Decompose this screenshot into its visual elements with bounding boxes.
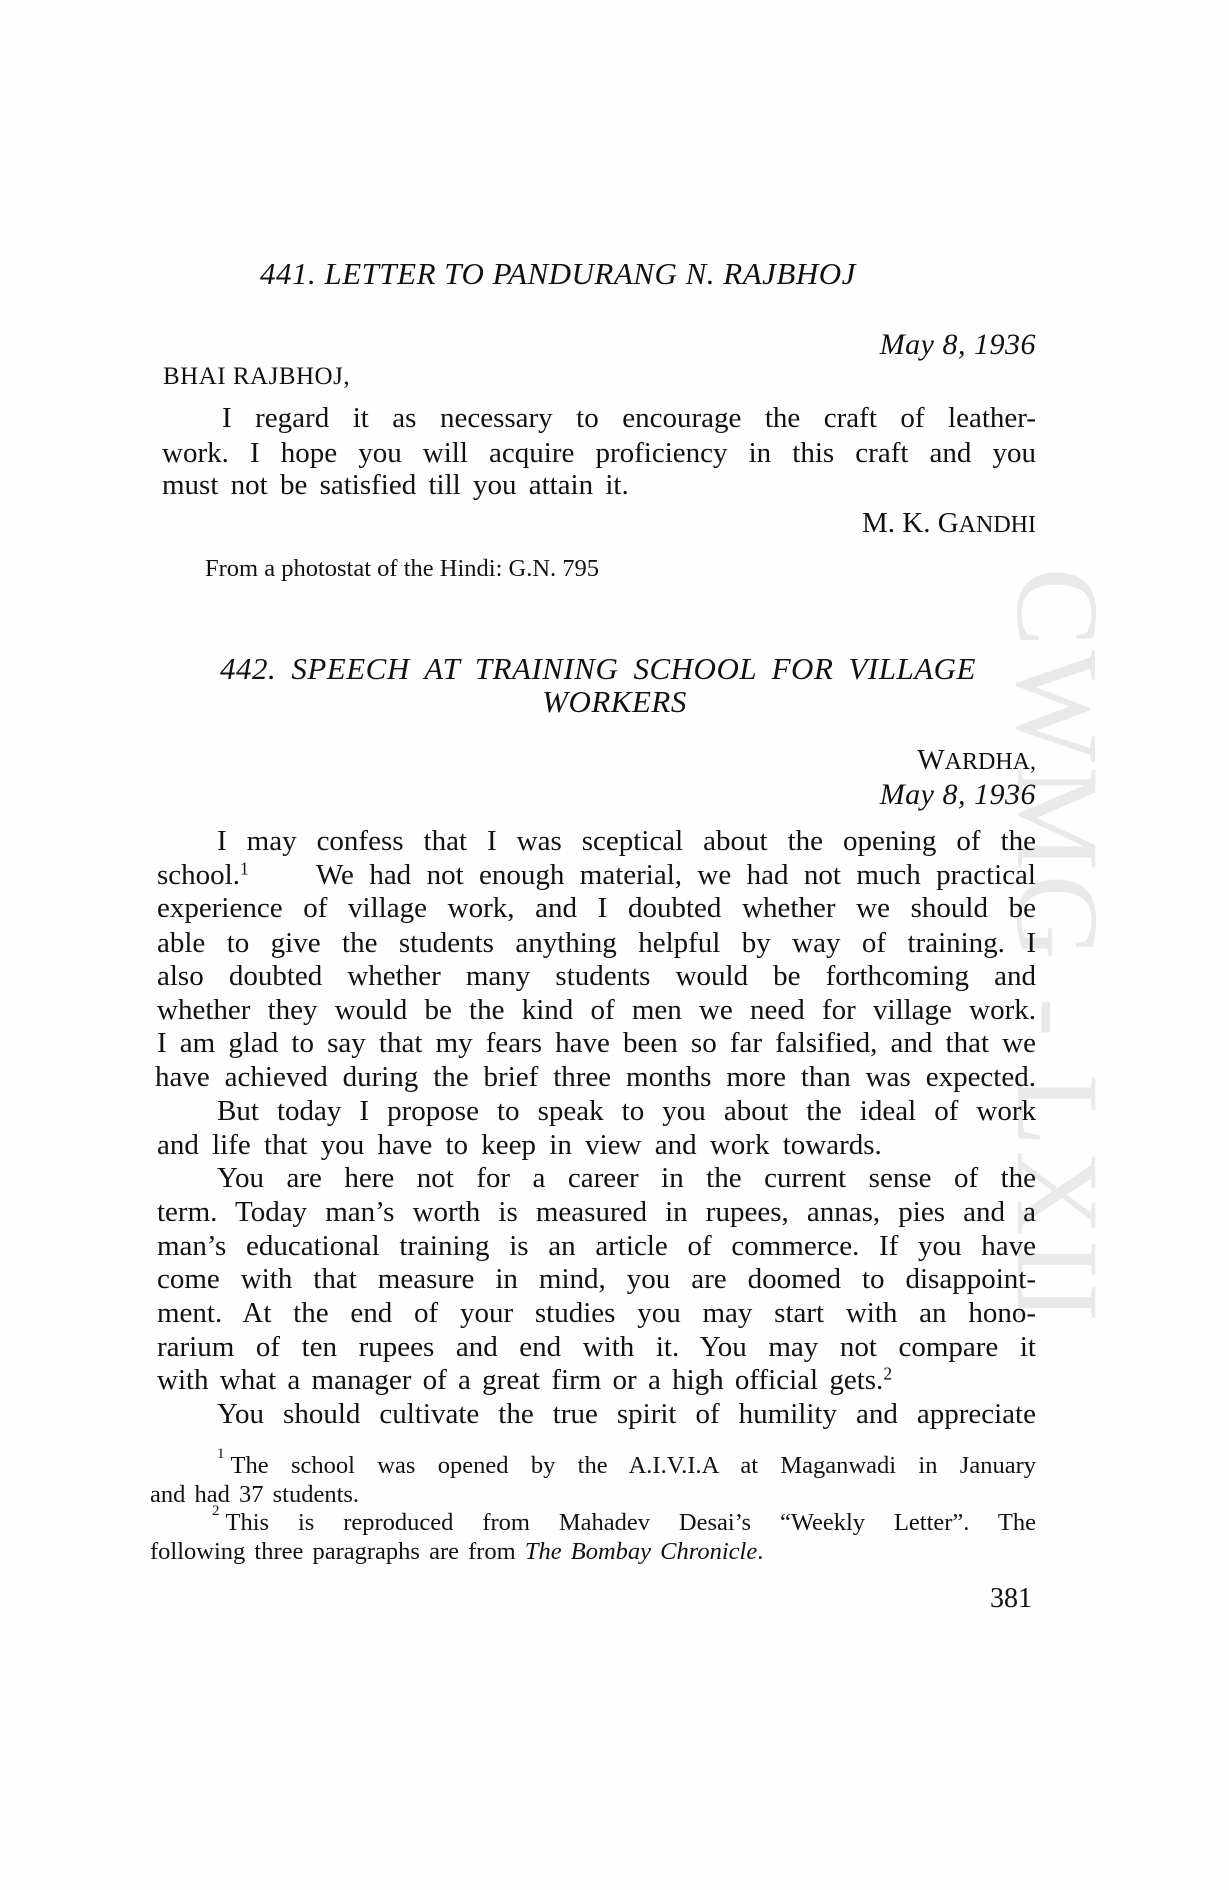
speech-line: experience of village work, and I doubte… xyxy=(157,894,1036,923)
place-rest: ARDHA, xyxy=(945,749,1036,775)
speech-line: able to give the students anything helpf… xyxy=(157,929,1036,958)
footnote-2: 2 This is reproduced from Mahadev Desai’… xyxy=(212,1511,1036,1536)
speech-line: ment. At the end of your studies you may… xyxy=(157,1299,1036,1328)
page-number: 381 xyxy=(900,1585,1032,1613)
speech-line: with what a manager of a great firm or a… xyxy=(157,1366,892,1395)
speech-line: term. Today man’s worth is measured in r… xyxy=(157,1198,1036,1227)
signature-initials: M. K. xyxy=(862,507,938,539)
footnote-1-text: The school was opened by the A.I.V.I.A a… xyxy=(231,1454,1037,1479)
speech-date: May 8, 1936 xyxy=(700,780,1036,810)
speech-line: school.1 We had not enough material, we … xyxy=(157,861,1036,890)
speech-line: I am glad to say that my fears have been… xyxy=(157,1029,1036,1058)
footnote-2-text: This is reproduced from Mahadev Desai’s … xyxy=(226,1511,1037,1536)
letter-heading: 441. LETTER TO PANDURANG N. RAJBHOJ xyxy=(260,258,856,289)
footnote-1-mark: 1 xyxy=(217,1454,225,1479)
letter-line: must not be satisfied till you attain it… xyxy=(162,471,629,500)
salutation: BHAI RAJBHOJ, xyxy=(163,364,350,389)
speech-place: WARDHA, xyxy=(700,746,1036,775)
speech-text: school. xyxy=(157,859,240,891)
letter-line: work. I hope you will acquire proficienc… xyxy=(162,439,1036,468)
publication-title: The Bombay Chronicle xyxy=(525,1538,757,1565)
footnote-1: 1 The school was opened by the A.I.V.I.A… xyxy=(217,1454,1036,1479)
speech-line: But today I propose to speak to you abou… xyxy=(217,1097,1036,1126)
signature: M. K. GANDHI xyxy=(700,509,1036,538)
speech-text: with what a manager of a great firm or a… xyxy=(157,1364,883,1396)
footnote-1-cont: and had 37 students. xyxy=(150,1483,359,1508)
speech-line: whether they would be the kind of men we… xyxy=(157,996,1036,1025)
speech-line: You are here not for a career in the cur… xyxy=(217,1164,1036,1193)
footnote-2-prefix: following three paragraphs are from xyxy=(150,1538,525,1565)
speech-text: We had not enough material, we had not m… xyxy=(316,861,1036,890)
speech-line: man’s educational training is an article… xyxy=(157,1232,1036,1261)
footnote-ref-1[interactable]: 1 xyxy=(240,858,249,878)
speech-heading-line1: 442. SPEECH AT TRAINING SCHOOL FOR VILLA… xyxy=(220,653,976,684)
speech-line: come with that measure in mind, you are … xyxy=(157,1265,1036,1294)
letter-line: I regard it as necessary to encourage th… xyxy=(222,404,1036,433)
speech-heading-line2: WORKERS xyxy=(0,686,1229,717)
signature-name-first: G xyxy=(938,507,959,539)
footnote-2-mark: 2 xyxy=(212,1511,220,1536)
speech-line: You should cultivate the true spirit of … xyxy=(217,1400,1036,1429)
document-page: CWMG - LXII 441. LETTER TO PANDURANG N. … xyxy=(0,0,1229,1890)
footnote-2-cont: following three paragraphs are from The … xyxy=(150,1540,763,1565)
speech-line: rarium of ten rupees and end with it. Yo… xyxy=(157,1333,1036,1362)
footnote-ref-2[interactable]: 2 xyxy=(883,1363,892,1383)
speech-line: and life that you have to keep in view a… xyxy=(157,1131,882,1160)
footnote-2-suffix: . xyxy=(757,1538,763,1565)
speech-line: I may confess that I was sceptical about… xyxy=(217,827,1036,856)
source-note: From a photostat of the Hindi: G.N. 795 xyxy=(205,557,599,582)
signature-name-rest: ANDHI xyxy=(959,512,1036,538)
place-first: W xyxy=(917,744,944,776)
speech-line: have achieved during the brief three mon… xyxy=(155,1063,1036,1092)
letter-date: May 8, 1936 xyxy=(600,330,1036,360)
speech-line: also doubted whether many students would… xyxy=(157,962,1036,991)
